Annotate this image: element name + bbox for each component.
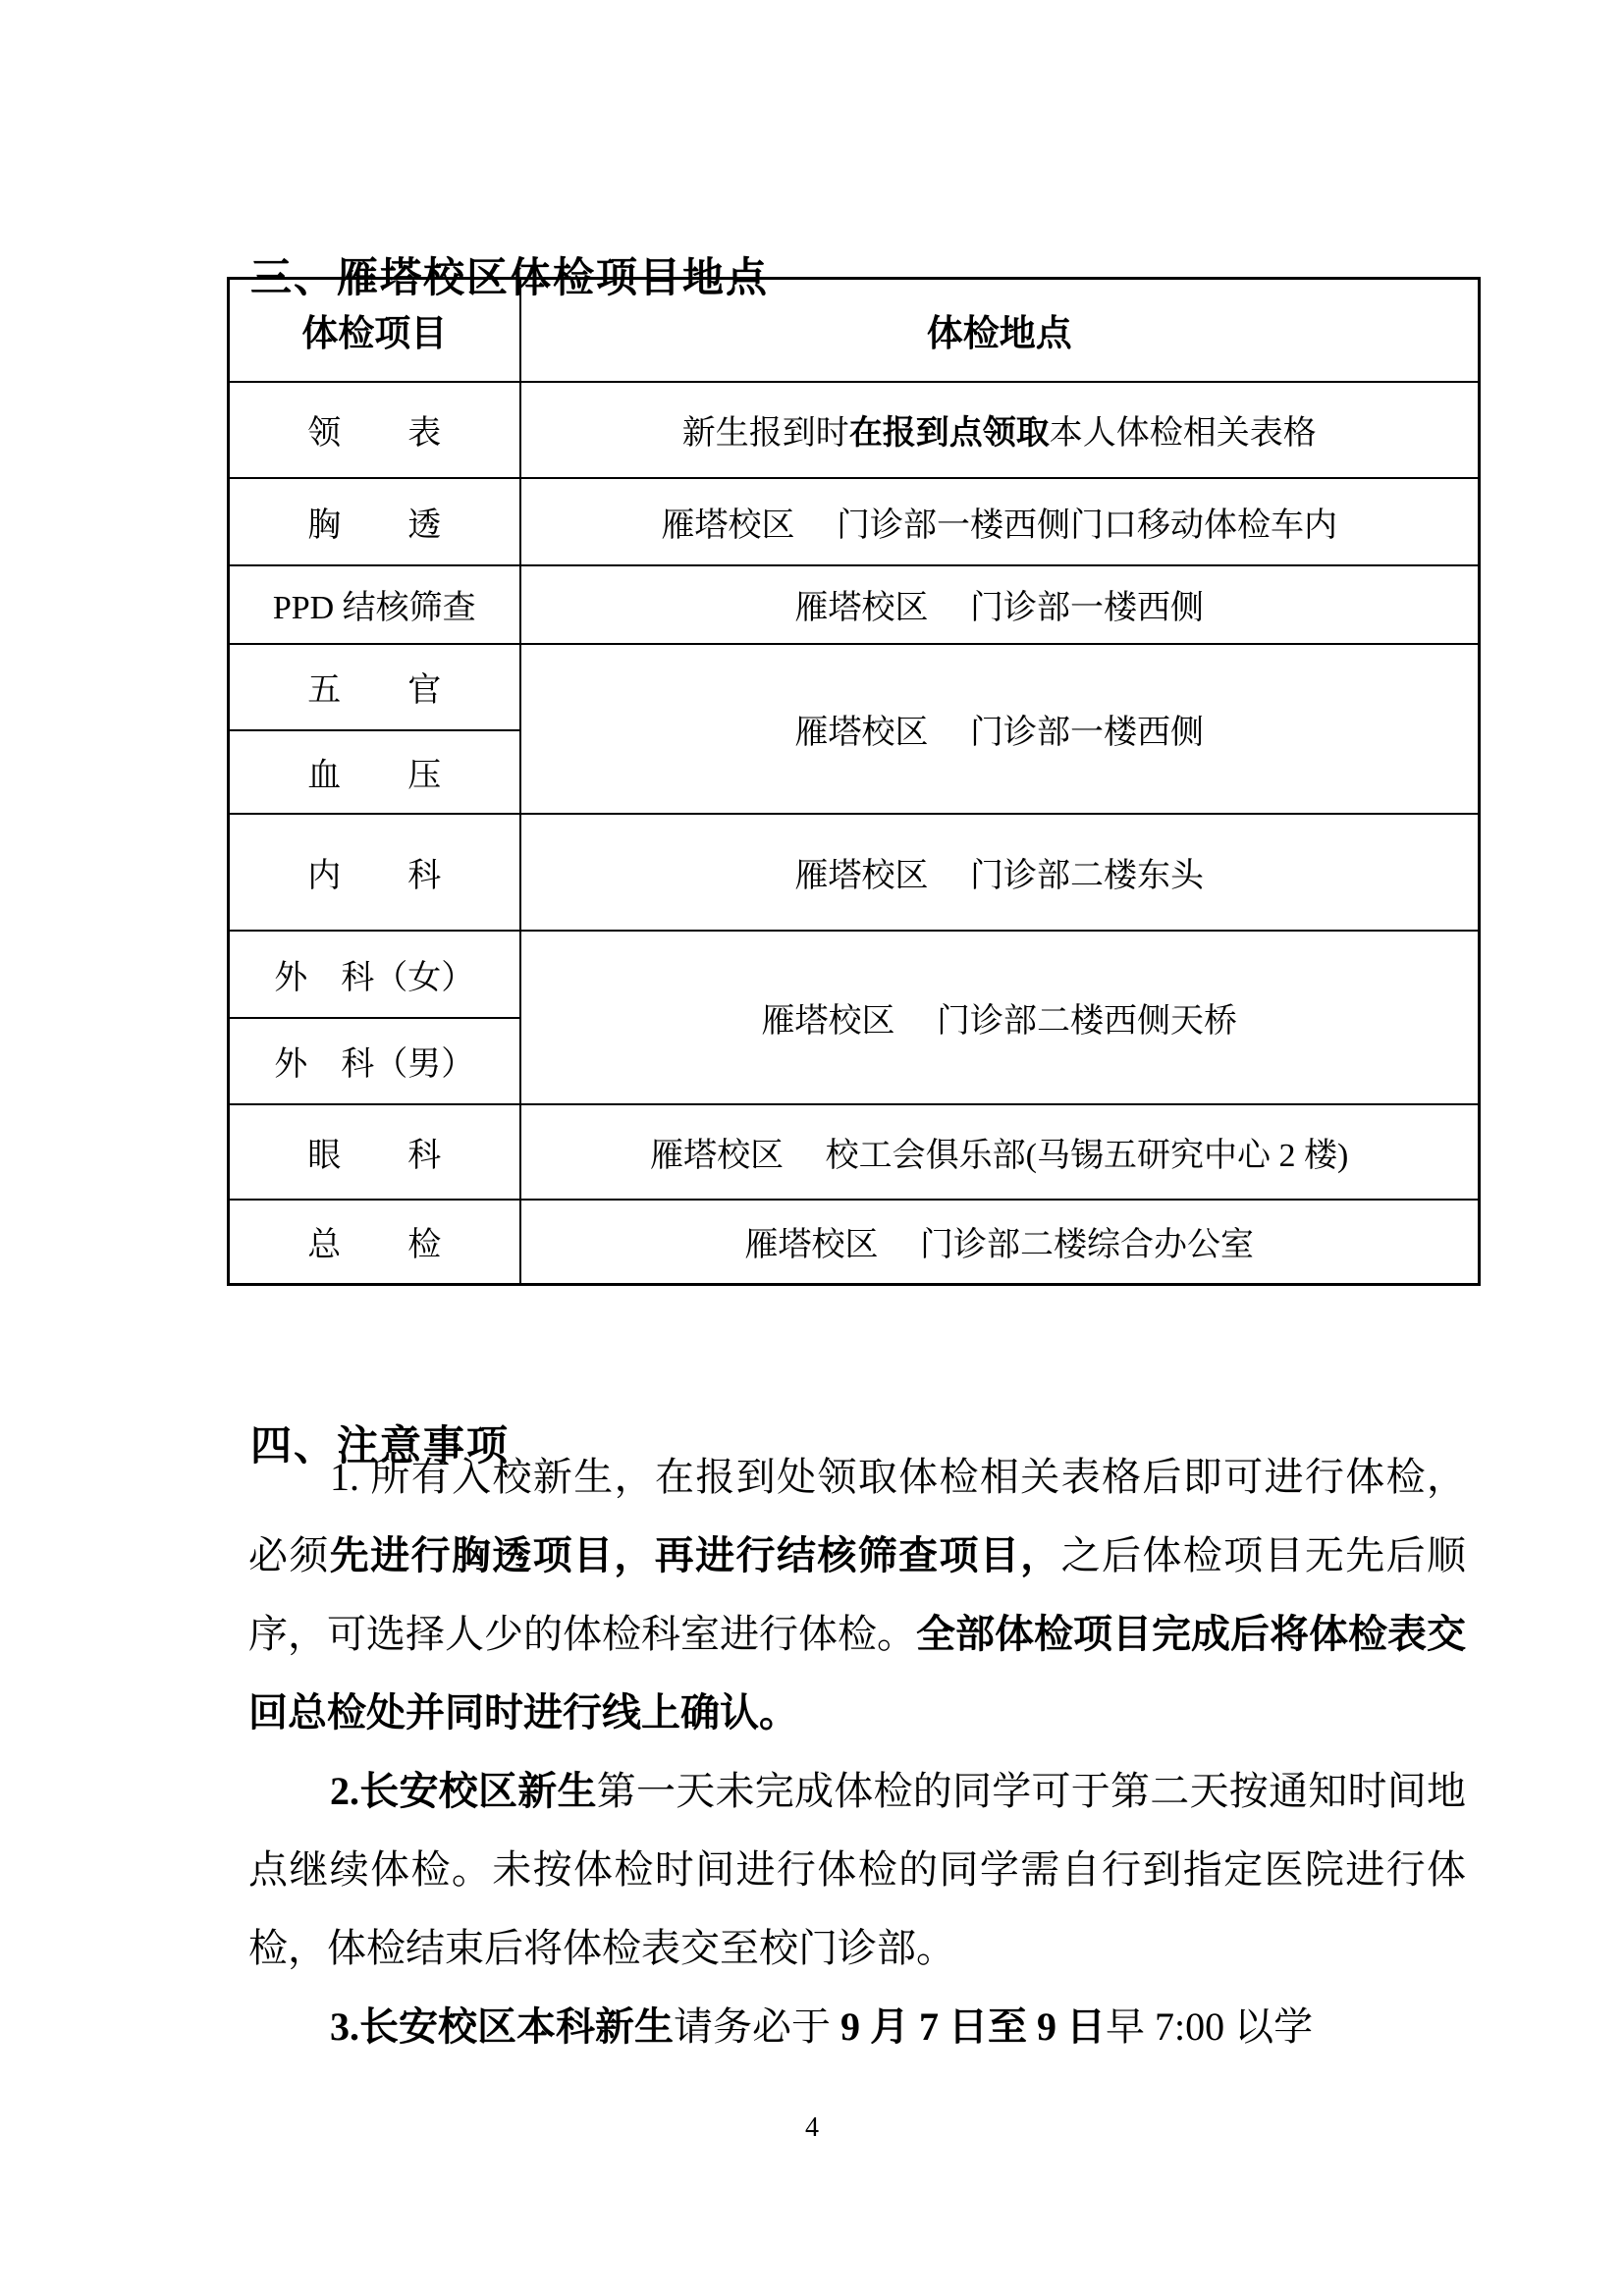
location-cell-merged: 雁塔校区 门诊部二楼西侧天桥: [520, 931, 1480, 1104]
item-cell: PPD 结核筛查: [229, 565, 520, 644]
item-cell: 领 表: [229, 382, 520, 478]
exam-location-table: 体检项目 体检地点 领 表 新生报到时在报到点领取本人体检相关表格 胸 透 雁塔…: [227, 277, 1481, 1286]
table-row: 领 表 新生报到时在报到点领取本人体检相关表格: [229, 382, 1480, 478]
page-number: 4: [0, 2112, 1624, 2144]
location-cell: 雁塔校区 门诊部二楼综合办公室: [520, 1200, 1480, 1285]
table-row: 眼 科 雁塔校区 校工会俱乐部(马锡五研究中心 2 楼): [229, 1104, 1480, 1200]
location-cell: 雁塔校区 门诊部一楼西侧门口移动体检车内: [520, 478, 1480, 565]
item-cell: 胸 透: [229, 478, 520, 565]
table-row: 外 科（女） 雁塔校区 门诊部二楼西侧天桥: [229, 931, 1480, 1018]
table-row: 总 检 雁塔校区 门诊部二楼综合办公室: [229, 1200, 1480, 1285]
location-cell: 雁塔校区 门诊部二楼东头: [520, 814, 1480, 931]
notes-section: 1. 所有入校新生，在报到处领取体检相关表格后即可进行体检，必须先进行胸透项目，…: [248, 1438, 1466, 2066]
table-row: 五 官 雁塔校区 门诊部一楼西侧: [229, 644, 1480, 730]
table-row: PPD 结核筛查 雁塔校区 门诊部一楼西侧: [229, 565, 1480, 644]
document-page: 三、雁塔校区体检项目地点 体检项目 体检地点 领 表 新生报到时在报到点领取本人…: [0, 0, 1624, 2296]
item-cell: 眼 科: [229, 1104, 520, 1200]
table-header-row: 体检项目 体检地点: [229, 279, 1480, 382]
item-cell: 五 官: [229, 644, 520, 730]
note-paragraph-1: 1. 所有入校新生，在报到处领取体检相关表格后即可进行体检，必须先进行胸透项目，…: [248, 1438, 1466, 1752]
item-cell: 外 科（男）: [229, 1018, 520, 1104]
item-cell: 血 压: [229, 730, 520, 814]
location-cell: 雁塔校区 校工会俱乐部(马锡五研究中心 2 楼): [520, 1104, 1480, 1200]
column-header-item: 体检项目: [229, 279, 520, 382]
item-cell: 总 检: [229, 1200, 520, 1285]
location-cell-merged: 雁塔校区 门诊部一楼西侧: [520, 644, 1480, 814]
location-cell: 雁塔校区 门诊部一楼西侧: [520, 565, 1480, 644]
table-row: 内 科 雁塔校区 门诊部二楼东头: [229, 814, 1480, 931]
table-row: 胸 透 雁塔校区 门诊部一楼西侧门口移动体检车内: [229, 478, 1480, 565]
column-header-location: 体检地点: [520, 279, 1480, 382]
location-cell: 新生报到时在报到点领取本人体检相关表格: [520, 382, 1480, 478]
item-cell: 内 科: [229, 814, 520, 931]
item-cell: 外 科（女）: [229, 931, 520, 1018]
note-paragraph-2: 2.长安校区新生第一天未完成体检的同学可于第二天按通知时间地点继续体检。未按体检…: [248, 1752, 1466, 1988]
note-paragraph-3: 3.长安校区本科新生请务必于 9 月 7 日至 9 日早 7:00 以学: [248, 1988, 1466, 2066]
